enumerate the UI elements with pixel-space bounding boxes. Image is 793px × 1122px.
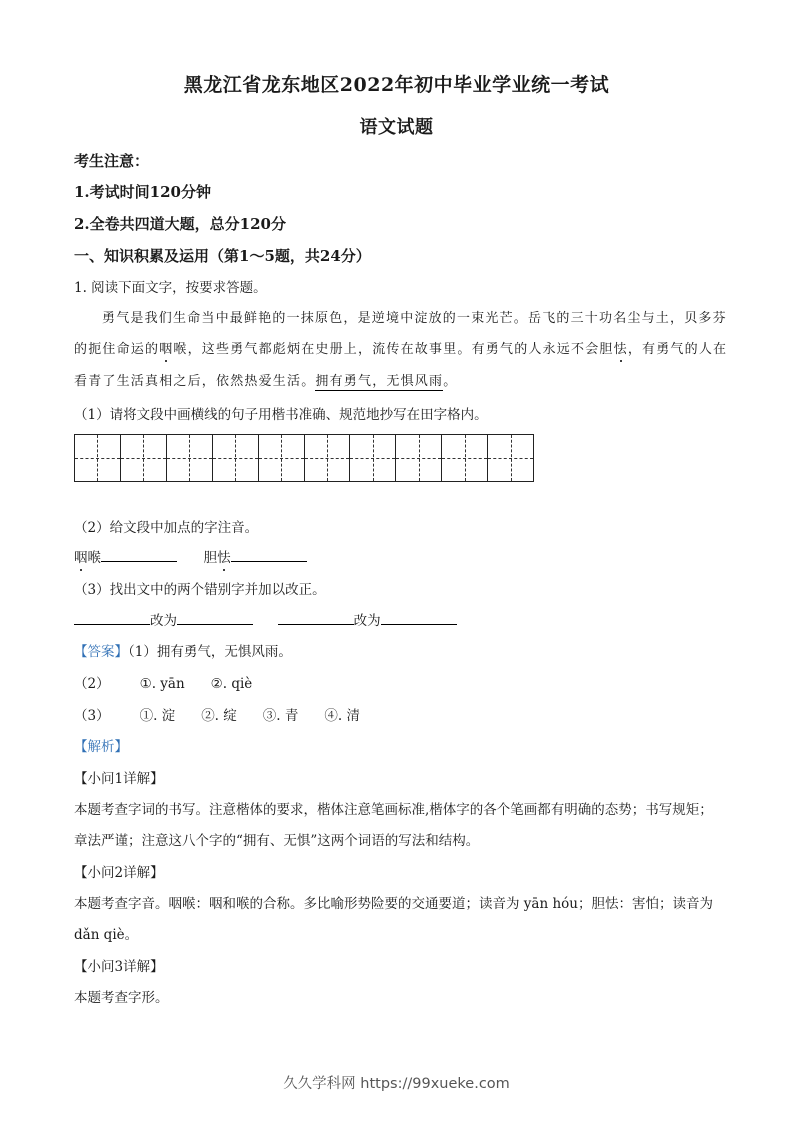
answer-blank-5[interactable] bbox=[278, 610, 354, 625]
text: ②. 绽 bbox=[201, 708, 237, 724]
text: ①. 淀 bbox=[140, 708, 176, 724]
text: （3） bbox=[74, 708, 110, 724]
notice-item-2: 2.全卷共四道大题，总分120分 bbox=[74, 213, 286, 234]
text: 。 bbox=[443, 374, 457, 389]
grid-cell[interactable] bbox=[75, 435, 121, 481]
sub-question-1: （1）请将文段中画横线的句子用楷书准确、规范地抄写在田字格内。 bbox=[74, 403, 488, 423]
answer-line-2: （2）①. yān②. qiè bbox=[74, 672, 252, 692]
analysis-q2-heading: 【小问2详解】 bbox=[74, 861, 164, 881]
grid-cell[interactable] bbox=[350, 435, 396, 481]
grid-cell[interactable] bbox=[213, 435, 259, 481]
text: 改为 bbox=[150, 613, 177, 629]
answer-line-3: （3）①. 淀②. 绽③. 青④. 清 bbox=[74, 704, 360, 724]
passage-line-1: 勇气是我们生命当中最鲜艳的一抹原色，是逆境中淀放的一束光芒。岳飞的三十功名尘与土… bbox=[102, 307, 727, 326]
dotted-char: 咽 bbox=[159, 342, 173, 357]
document-title: 黑龙江省龙东地区2022年初中毕业学业统一考试 bbox=[0, 70, 793, 97]
document-subtitle: 语文试题 bbox=[0, 113, 793, 139]
grid-cell[interactable] bbox=[259, 435, 305, 481]
analysis-label: 【解析】 bbox=[74, 735, 128, 755]
grid-cell[interactable] bbox=[488, 435, 533, 481]
analysis-q3-heading: 【小问3详解】 bbox=[74, 955, 164, 975]
underlined-sentence: 拥有勇气，无惧风雨 bbox=[315, 374, 443, 391]
answer-label: 【答案】 bbox=[74, 644, 128, 660]
analysis-q3-line-1: 本题考查字形。 bbox=[74, 986, 169, 1006]
footer-watermark: 久久学科网 https://99xueke.com bbox=[0, 1072, 793, 1093]
text: （2） bbox=[74, 676, 110, 692]
dotted-char: 怯 bbox=[614, 342, 628, 357]
text: 的扼住命运的 bbox=[74, 342, 159, 357]
grid-cell[interactable] bbox=[121, 435, 167, 481]
sub-question-2: （2）给文段中加点的字注音。 bbox=[74, 516, 258, 536]
text: 改为 bbox=[354, 613, 381, 629]
analysis-q1-heading: 【小问1详解】 bbox=[74, 767, 164, 787]
text: ③. 青 bbox=[263, 708, 299, 724]
answer-blank-6[interactable] bbox=[381, 610, 457, 625]
passage-line-3: 看青了生活真相之后，依然热爱生活。拥有勇气，无惧风雨。 bbox=[74, 370, 457, 389]
analysis-q1-line-2: 章法严谨；注意这八个字的“拥有、无惧”这两个词语的写法和结构。 bbox=[74, 829, 479, 849]
grid-cell[interactable] bbox=[442, 435, 488, 481]
answer-blank-2[interactable] bbox=[231, 547, 307, 562]
answer-blank-3[interactable] bbox=[74, 610, 150, 625]
analysis-q2-line-2: dǎn qiè。 bbox=[74, 923, 138, 943]
analysis-q1-line-1: 本题考查字词的书写。注意楷体的要求，楷体注意笔画标准,楷体字的各个笔画都有明确的… bbox=[74, 798, 713, 818]
text: 喉，这些勇气都彪炳在史册上，流传在故事里。有勇气的人永远不会胆 bbox=[173, 342, 613, 357]
notice-heading: 考生注意： bbox=[74, 150, 149, 171]
text: 看青了生活真相之后，依然热爱生活。 bbox=[74, 374, 315, 389]
section-heading: 一、知识积累及运用（第1～5题，共24分） bbox=[74, 245, 371, 266]
text: （1）拥有勇气，无惧风雨。 bbox=[128, 644, 292, 660]
analysis-q2-line-1: 本题考查字音。咽喉：咽和喉的合称。多比喻形势险要的交通要道；读音为 yān hó… bbox=[74, 892, 713, 912]
answer-blank-4[interactable] bbox=[177, 610, 253, 625]
grid-cell[interactable] bbox=[167, 435, 213, 481]
dotted-char: 怯 bbox=[217, 550, 231, 566]
answer-line-1: 【答案】（1）拥有勇气，无惧风雨。 bbox=[74, 640, 292, 660]
text: 喉 bbox=[88, 550, 102, 566]
question-1-prompt: 1. 阅读下面文字，按要求答题。 bbox=[74, 276, 267, 296]
text: 胆 bbox=[204, 550, 218, 566]
text: ①. yān bbox=[140, 676, 185, 692]
dotted-char: 咽 bbox=[74, 550, 88, 566]
sub-question-3: （3）找出文中的两个错别字并加以改正。 bbox=[74, 578, 326, 598]
grid-cell[interactable] bbox=[305, 435, 351, 481]
text: ，有勇气的人在 bbox=[628, 342, 727, 357]
notice-item-1: 1.考试时间120分钟 bbox=[74, 181, 211, 202]
text: ②. qiè bbox=[211, 676, 253, 692]
text: ④. 清 bbox=[324, 708, 360, 724]
pinyin-answer-row: 咽喉 胆怯 bbox=[74, 546, 307, 566]
correction-answer-row: 改为 改为 bbox=[74, 609, 457, 629]
grid-cell[interactable] bbox=[396, 435, 442, 481]
answer-blank-1[interactable] bbox=[101, 547, 177, 562]
tianzige-grid[interactable] bbox=[74, 434, 534, 482]
passage-line-2: 的扼住命运的咽喉，这些勇气都彪炳在史册上，流传在故事里。有勇气的人永远不会胆怯，… bbox=[74, 338, 727, 357]
